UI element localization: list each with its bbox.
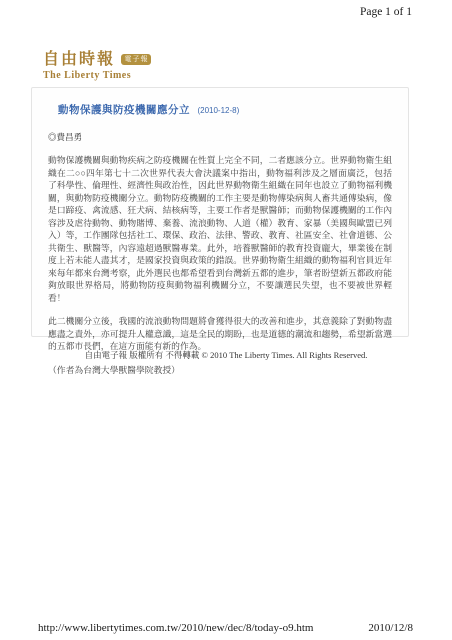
article-title-link[interactable]: 動物保護與防疫機關應分立 [58,104,190,116]
article-date: (2010-12-8) [197,106,239,115]
logo-electronic-edition-badge: 電子報 [121,54,151,65]
print-footer-url: http://www.libertytimes.com.tw/2010/new/… [38,622,313,634]
liberty-times-logo: 自由時報 電子報 The Liberty Times [43,46,151,81]
copyright-notice: 自由電子報 版權所有 不得轉載 © 2010 The Liberty Times… [0,349,452,361]
article-author: ◎費昌勇 [48,131,392,143]
print-preview-page: Page 1 of 1 自由時報 電子報 The Liberty Times 動… [0,0,452,640]
article-box: 動物保護與防疫機關應分立 (2010-12-8) ◎費昌勇 動物保護機關與動物疾… [31,87,409,337]
article-author-bio: （作者為台灣大學獸醫學院教授） [48,364,392,377]
print-footer: http://www.libertytimes.com.tw/2010/new/… [38,622,413,634]
article-title-row: 動物保護與防疫機關應分立 (2010-12-8) [58,100,392,118]
print-header-page-number: Page 1 of 1 [360,6,412,18]
logo-english-name: The Liberty Times [43,70,151,81]
article-paragraph-2: 此二機關分立後，我國的流浪動物問題將會獲得很大的改善和進步，其意義除了對動物盡應… [48,315,392,353]
article-paragraph-1: 動物保護機關與動物疾病之防疫機關在性質上完全不同，二者應該分立。世界動物衛生組織… [48,154,392,304]
print-footer-date: 2010/12/8 [368,622,413,634]
logo-chinese-name: 自由時報 [43,51,115,68]
